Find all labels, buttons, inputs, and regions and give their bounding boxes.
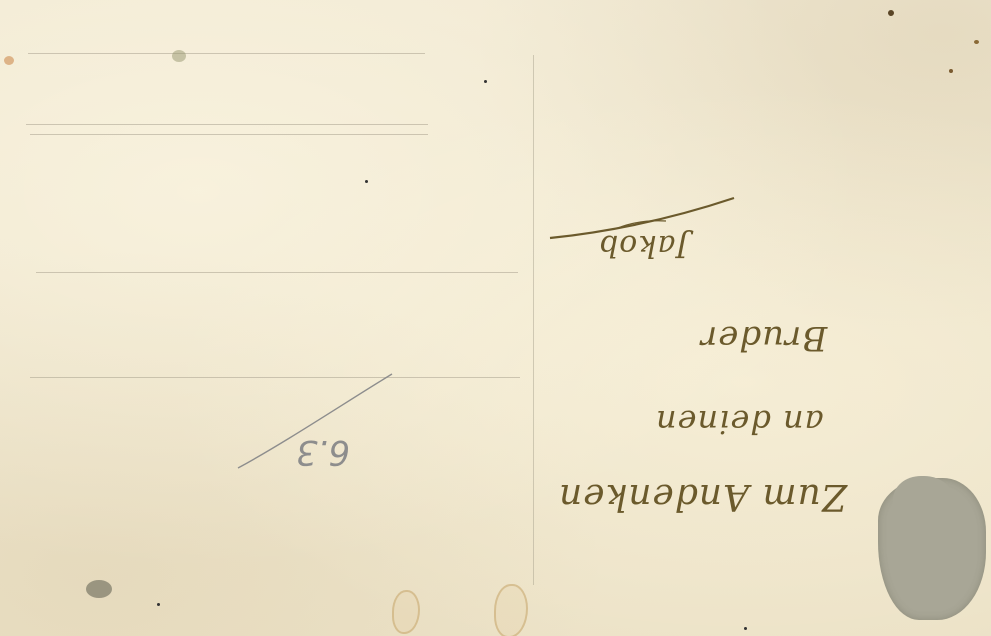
guide-line-2	[26, 124, 428, 125]
stain-spot	[974, 40, 979, 44]
stain-spot	[86, 580, 112, 598]
center-divider	[533, 55, 534, 585]
handwriting-line-2: an deinen	[655, 403, 824, 441]
stain-spot	[157, 603, 160, 606]
guide-line-1	[28, 53, 425, 54]
signature-text: Jakob	[598, 228, 688, 263]
pencil-note: 6.3	[296, 432, 350, 472]
water-stain	[494, 584, 528, 636]
handwriting-line-1: Zum Andenken	[558, 476, 847, 517]
stain-spot	[744, 627, 747, 630]
water-stain	[392, 590, 420, 634]
handwriting-line-3: Bruder	[700, 318, 827, 358]
stain-spot	[949, 69, 953, 73]
stain-spot	[484, 80, 487, 83]
guide-line-3	[30, 134, 428, 135]
stain-spot	[172, 50, 186, 62]
postcard-back: Jakob Bruder an deinen Zum Andenken 6.3	[0, 0, 991, 636]
torn-paper-residue-top	[893, 476, 955, 528]
stain-spot	[4, 56, 14, 65]
stain-spot	[365, 180, 368, 183]
stain-spot	[888, 10, 894, 16]
guide-line-4	[36, 272, 518, 273]
